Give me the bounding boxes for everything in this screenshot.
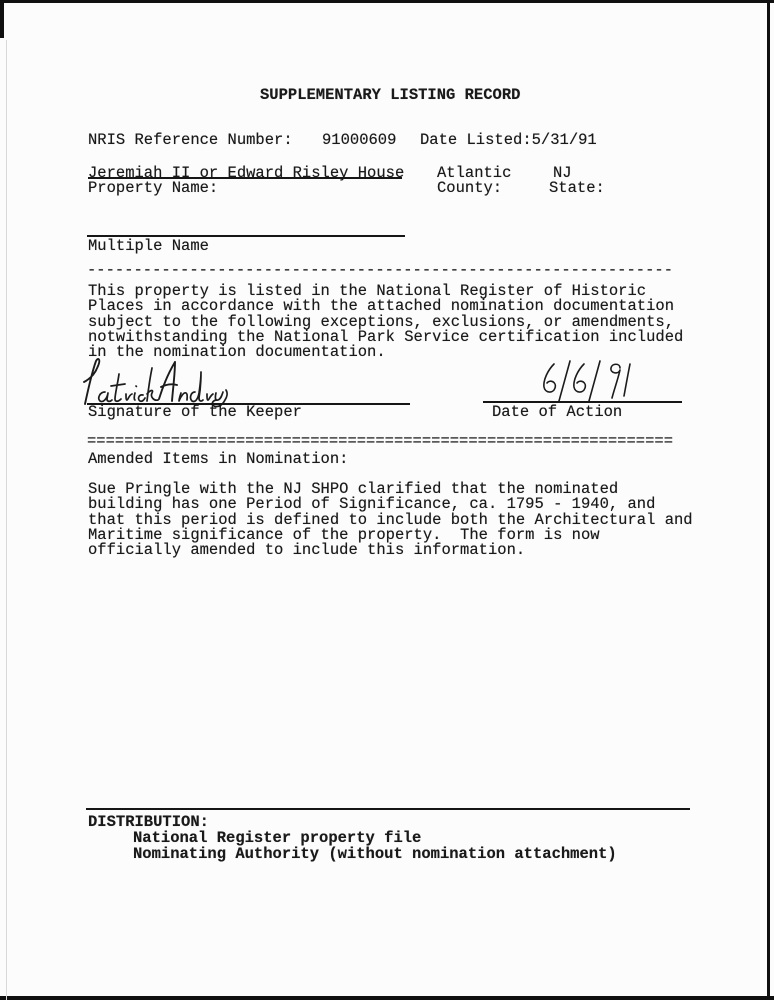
distribution-heading: DISTRIBUTION: <box>88 815 209 830</box>
document-page: SUPPLEMENTARY LISTING RECORD NRIS Refere… <box>0 0 774 1000</box>
date-of-action-handwriting <box>540 360 635 402</box>
date-of-action-label: Date of Action <box>492 405 622 420</box>
distribution-item: National Register property file <box>133 831 421 846</box>
multiple-name-label: Multiple Name <box>88 239 209 254</box>
distribution-top-line <box>86 808 690 810</box>
nris-reference-value: 91000609 <box>322 133 396 148</box>
double-separator: ========================================… <box>87 434 673 449</box>
signature-label: Signature of the Keeper <box>88 405 302 420</box>
amended-items-heading: Amended Items in Nomination: <box>88 452 348 467</box>
state-label: State: <box>549 181 605 196</box>
date-listed-value: Date Listed:5/31/91 <box>420 133 597 148</box>
nris-reference-label: NRIS Reference Number: <box>88 133 293 148</box>
distribution-item: Nominating Authority (without nomination… <box>133 847 617 862</box>
scan-border-left-nub <box>0 0 4 38</box>
keeper-signature-handwriting <box>82 356 232 408</box>
amendment-paragraph: Sue Pringle with the NJ SHPO clarified t… <box>88 482 693 558</box>
property-name-label: Property Name: <box>88 181 218 196</box>
dashed-separator: ----------------------------------------… <box>87 263 673 278</box>
scan-border-bottom <box>0 996 774 1000</box>
page-title: SUPPLEMENTARY LISTING RECORD <box>260 88 520 103</box>
scan-border-top <box>0 0 774 3</box>
certification-paragraph: This property is listed in the National … <box>88 284 683 360</box>
scan-border-right <box>767 0 770 1000</box>
county-label: County: <box>437 181 502 196</box>
scan-edge-left-faint <box>6 40 7 1000</box>
